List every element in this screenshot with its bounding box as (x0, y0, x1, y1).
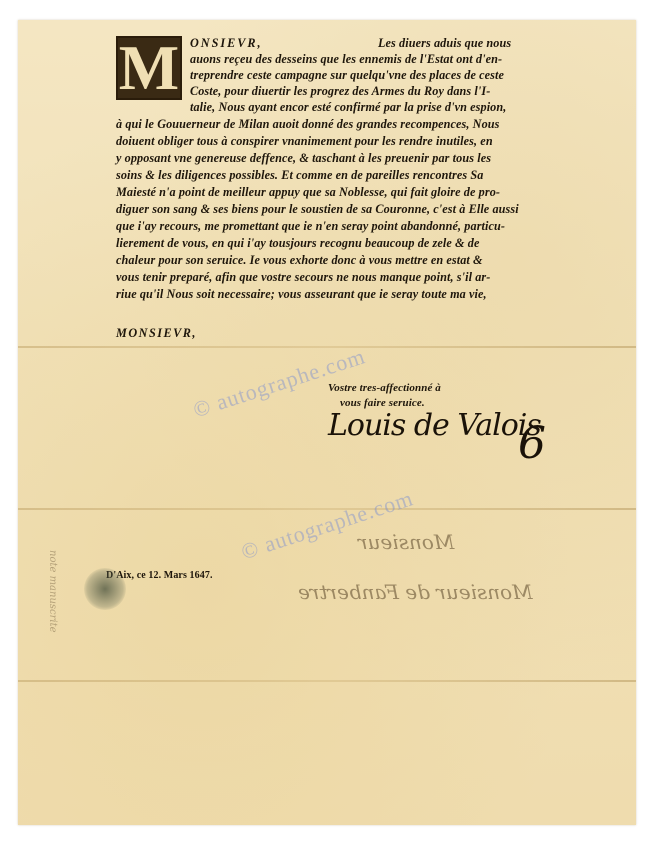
body-line: talie, Nous ayant encor esté confirmé pa… (190, 100, 506, 115)
body-line: Maiesté n'a point de meilleur appuy que … (116, 185, 500, 200)
fold-line (18, 508, 636, 510)
body-line: diguer son sang & ses biens pour le sous… (116, 202, 519, 217)
body-line: riue qu'il Nous soit necessaire; vous as… (116, 287, 487, 302)
salutation-header: ONSIEVR, (190, 36, 263, 51)
closing-salutation: MONSIEVR, (116, 326, 197, 341)
body-line: que i'ay recours, me promettant que ie n… (116, 219, 505, 234)
body-line: à qui le Gouuerneur de Milan auoit donné… (116, 117, 500, 132)
body-line: auons reçeu des desseins que les ennemis… (190, 52, 502, 67)
body-line: vous tenir preparé, afin que vostre seco… (116, 270, 490, 285)
fold-line (18, 346, 636, 348)
body-line: soins & les diligences possibles. Et com… (116, 168, 483, 183)
body-line: y opposant vne genereuse deffence, & tas… (116, 151, 491, 166)
bleed-through-text: Monsieur (358, 530, 454, 554)
ink-stain (84, 568, 126, 610)
signature-paraph: 6 (518, 418, 546, 469)
decorated-initial: M (116, 36, 182, 100)
body-line: chaleur pour son seruice. Ie vous exhort… (116, 253, 483, 268)
body-line: treprendre ceste campagne sur quelqu'vne… (190, 68, 504, 83)
body-line: Les diuers aduis que nous (378, 36, 511, 51)
body-line: doiuent obliger tous à conspirer vnanime… (116, 134, 493, 149)
bleed-through-text: Monsieur de Fanbertre (298, 580, 533, 604)
fold-line (18, 680, 636, 682)
body-line: lierement de vous, en qui i'ay tousjours… (116, 236, 479, 251)
margin-note: note manuscrite (47, 550, 58, 633)
signature: Louis de Valois (328, 408, 541, 443)
closing-line: Vostre tres-affectionné à (328, 382, 441, 394)
letter-paper: M ONSIEVR, Les diuers aduis que nous auo… (18, 20, 636, 825)
body-line: Coste, pour diuertir les progrez des Arm… (190, 84, 490, 99)
